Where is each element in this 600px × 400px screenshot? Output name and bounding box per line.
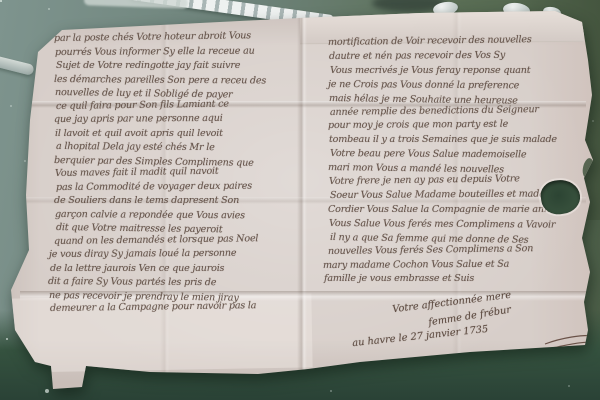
fold-crease-vertical <box>297 10 307 380</box>
letter-line: les démarches pareilles Son pere a receu… <box>54 73 296 88</box>
letter-line: dit a faire Sy Vous partés les pris de <box>48 275 296 290</box>
letter-line: que jay apris par une personne aqui <box>54 111 296 126</box>
letter-line: de la lettre jaurois Ven ce que jaurois <box>50 262 296 276</box>
letter-line: je ne Crois pas Vous donné la preference <box>328 78 586 94</box>
letter-line: Vous Salue Vous ferés mes Complimens a V… <box>329 217 586 233</box>
signature-paraph <box>543 322 599 356</box>
letter-left-page: par la poste chés Votre hoteur abroit Vo… <box>54 32 296 316</box>
letter-line: tombeau il y a trois Semaines que je sui… <box>329 133 586 147</box>
letter-line: quand on les demandés et lorsque pas Noe… <box>54 231 296 248</box>
photo-of-letter: par la poste chés Votre hoteur abroit Vo… <box>0 0 600 400</box>
letter-line: mary madame Cochon Vous Salue et Sa <box>323 257 586 273</box>
letter-line: nouvelles Vous ferés Ses Complimens a So… <box>328 241 586 259</box>
letter-line: a lhopital Dela jay esté chés Mr le <box>56 140 296 155</box>
letter-line: garçon calvie a repondée que Vous avies <box>55 208 296 223</box>
letter-line: de Souliers dans le tems dapresent Son <box>54 194 296 208</box>
letter-line: famille je vous embrasse et Suis <box>324 272 586 286</box>
letter-line: Vous mecrivés je Vous feray reponse quan… <box>330 64 586 78</box>
letter-line: Vous maves fait il madit quil navoit <box>55 164 296 181</box>
letter-paper: par la poste chés Votre hoteur abroit Vo… <box>0 0 600 400</box>
letter-line: par la poste chés Votre hoteur abroit Vo… <box>54 29 296 46</box>
letter-line: pas la Commodité de voyager deux paires <box>56 179 296 194</box>
letter-line: Sujet de Votre redingotte jay fait suivr… <box>56 59 296 73</box>
letter-right-page: mortification de Voir recevoir des nouve… <box>328 36 586 286</box>
letter-line: je vous diray Sy jamais loué la personne <box>49 246 296 261</box>
letter-line: pour moy je crois que mon party est le <box>328 118 586 134</box>
letter-line: ce quil faira pour Son fils Lamiant ce <box>56 96 296 113</box>
letter-line: il lavoit et quil avoit apris quil levoi… <box>55 127 296 141</box>
letter-line: demeurer a la Campagne pour navoir pas l… <box>50 299 296 316</box>
paper-sheet: par la poste chés Votre hoteur abroit Vo… <box>0 0 600 400</box>
letter-line: pourrés Vous informer Sy elle la receue … <box>55 44 296 59</box>
letter-line: dautre et nén pas recevoir des Vos Sy <box>329 48 586 64</box>
letter-line: mortification de Voir recevoir des nouve… <box>328 32 586 50</box>
